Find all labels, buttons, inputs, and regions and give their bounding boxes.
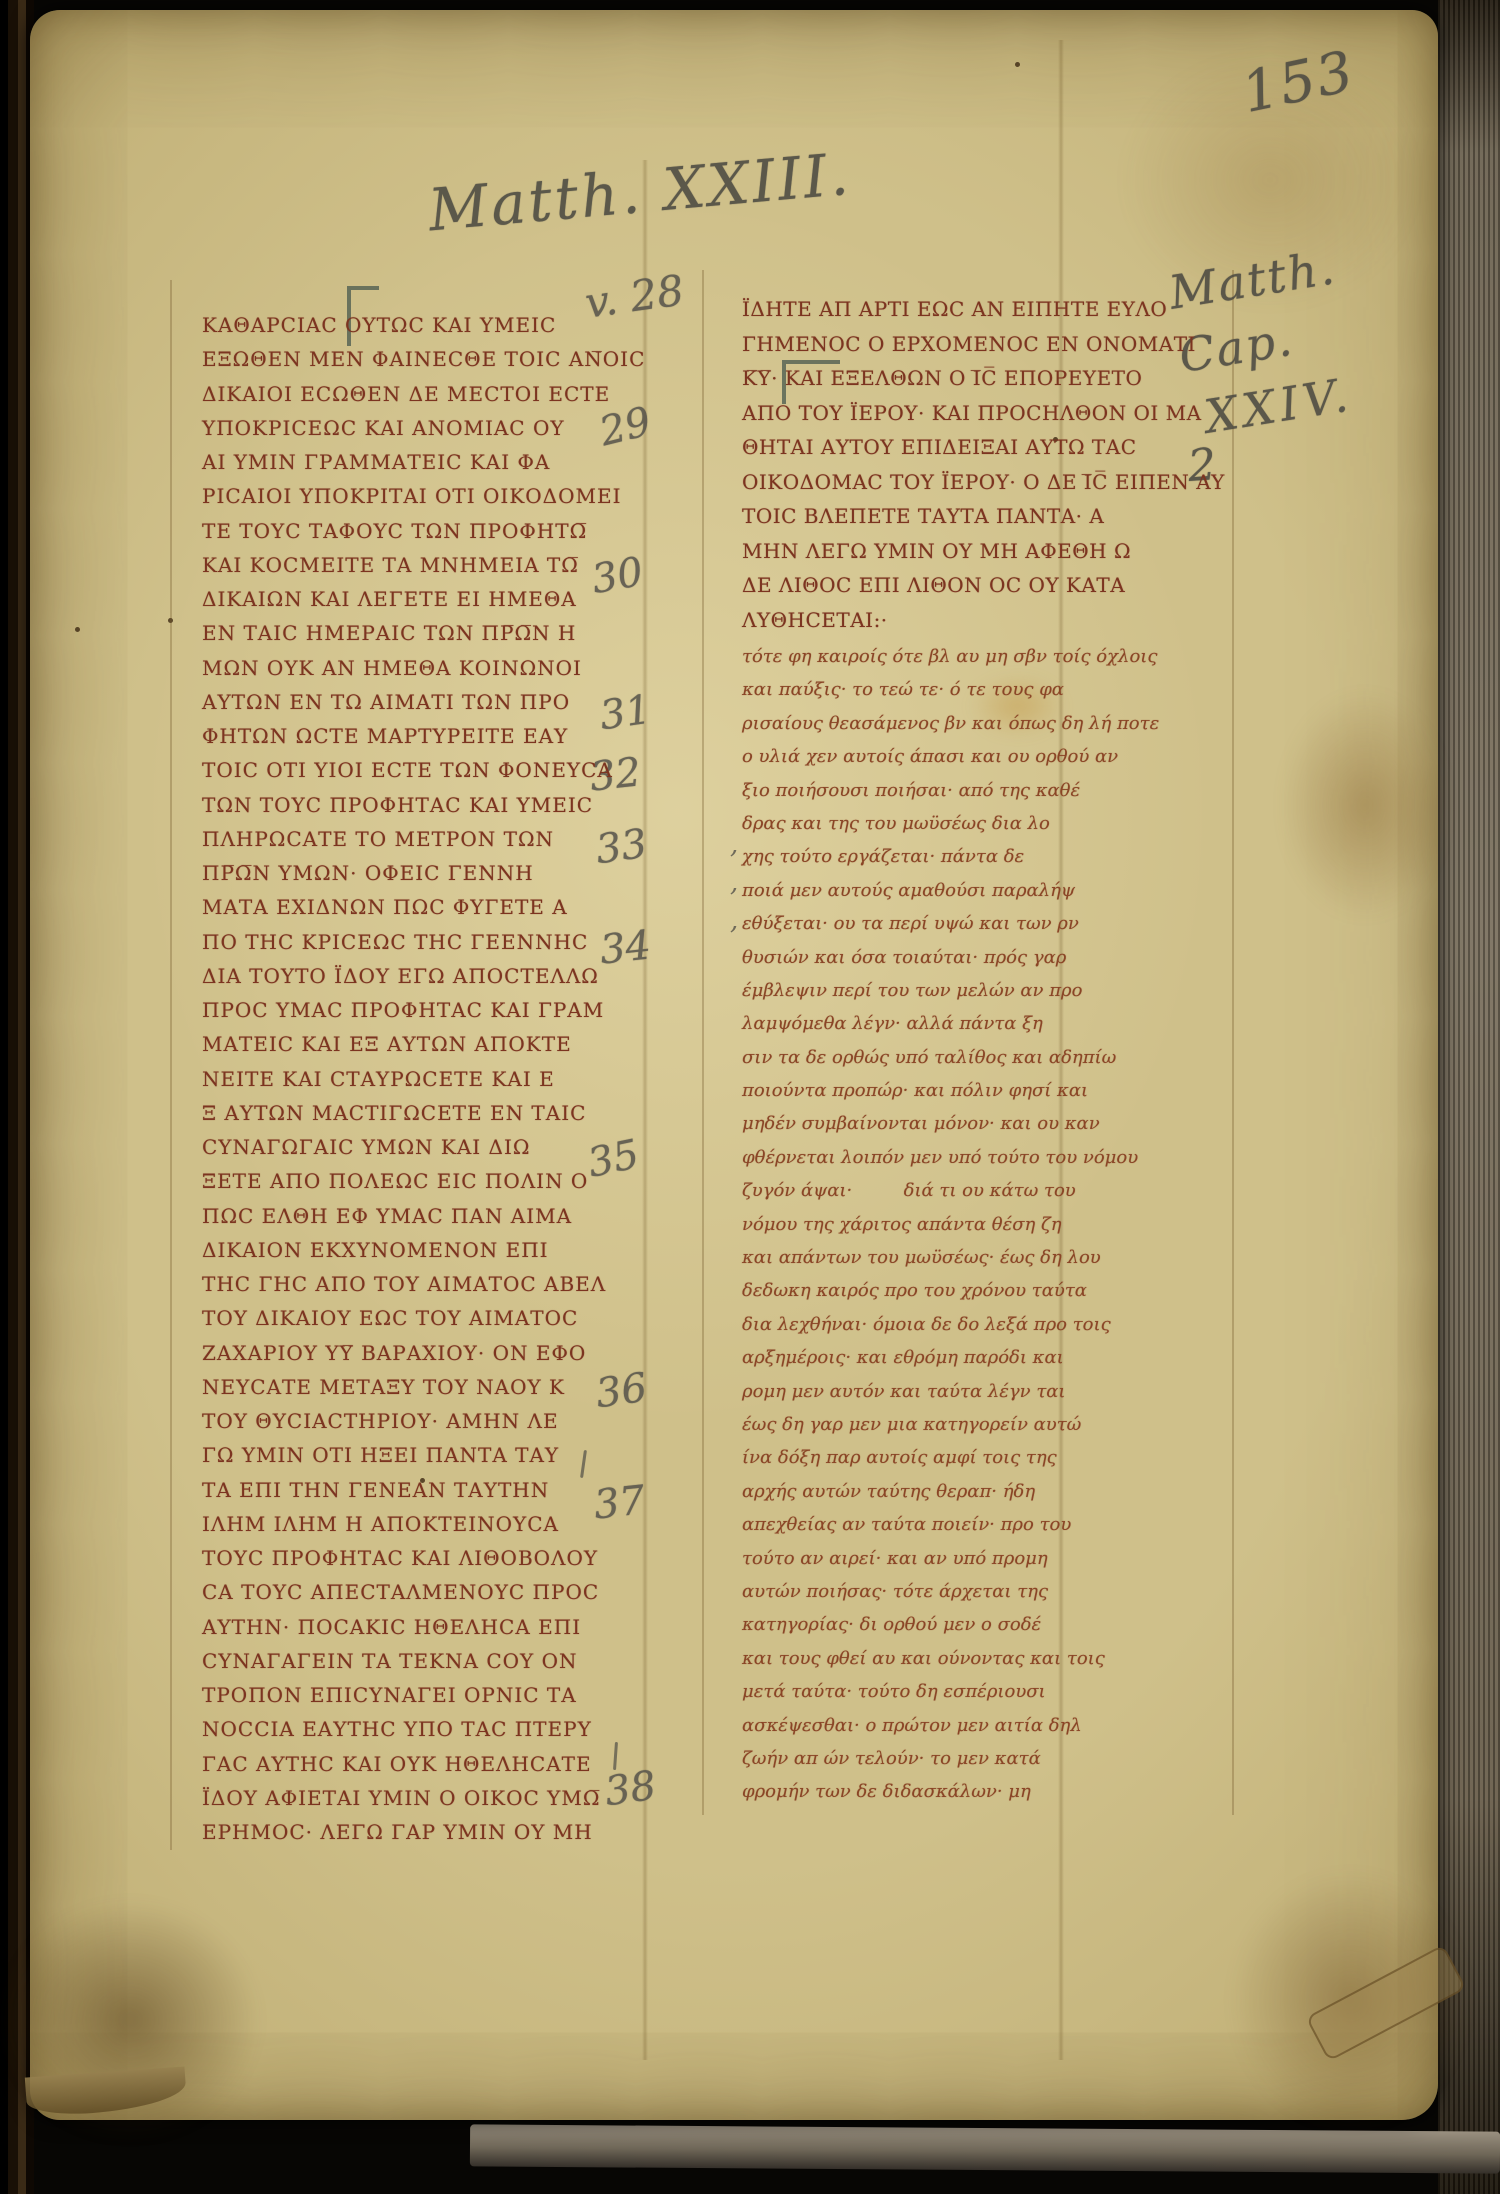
chapter-header-annotation: Matth. XXIII. (426, 140, 854, 245)
book-fore-edge-pages (1438, 0, 1500, 2194)
ink-speck (1015, 62, 1020, 67)
parchment-stain (1280, 690, 1450, 920)
manuscript-page: Matth. XXIII. 153 Matth. Cap. XXIV. 2 v.… (30, 10, 1438, 2120)
underlying-page-edges (470, 2124, 1500, 2173)
column-ruling-line (170, 280, 172, 1850)
gutter-tick-mark: , (730, 830, 738, 860)
ink-speck (75, 627, 80, 632)
commentary-text-block: τότε φη καιροίς ότε βλ αυ μη σβν τοίς όχ… (742, 640, 1247, 1809)
gutter-tick-mark: , (730, 868, 738, 898)
book-binding-edge (0, 0, 34, 2194)
right-text-column: ΪΔΗΤΕ ΑΠ ΑΡΤΙ ΕΩC ΑΝ ΕΙΠΗΤΕ ΕΥΛΟΓΗΜΕΝΟC … (742, 292, 1272, 637)
left-text-column: ΚΑΘΑΡCΙΑC ΟΥΤΩC ΚΑΙ ΥΜΕΙCΕΞΩΘΕΝ ΜΕΝ ΦΑΙΝ… (202, 308, 642, 1849)
manuscript-photograph: { "annotations": { "header": "Matth. XXI… (0, 0, 1500, 2194)
column-ruling-line (702, 270, 704, 1815)
gutter-tick-mark: , (730, 906, 738, 936)
